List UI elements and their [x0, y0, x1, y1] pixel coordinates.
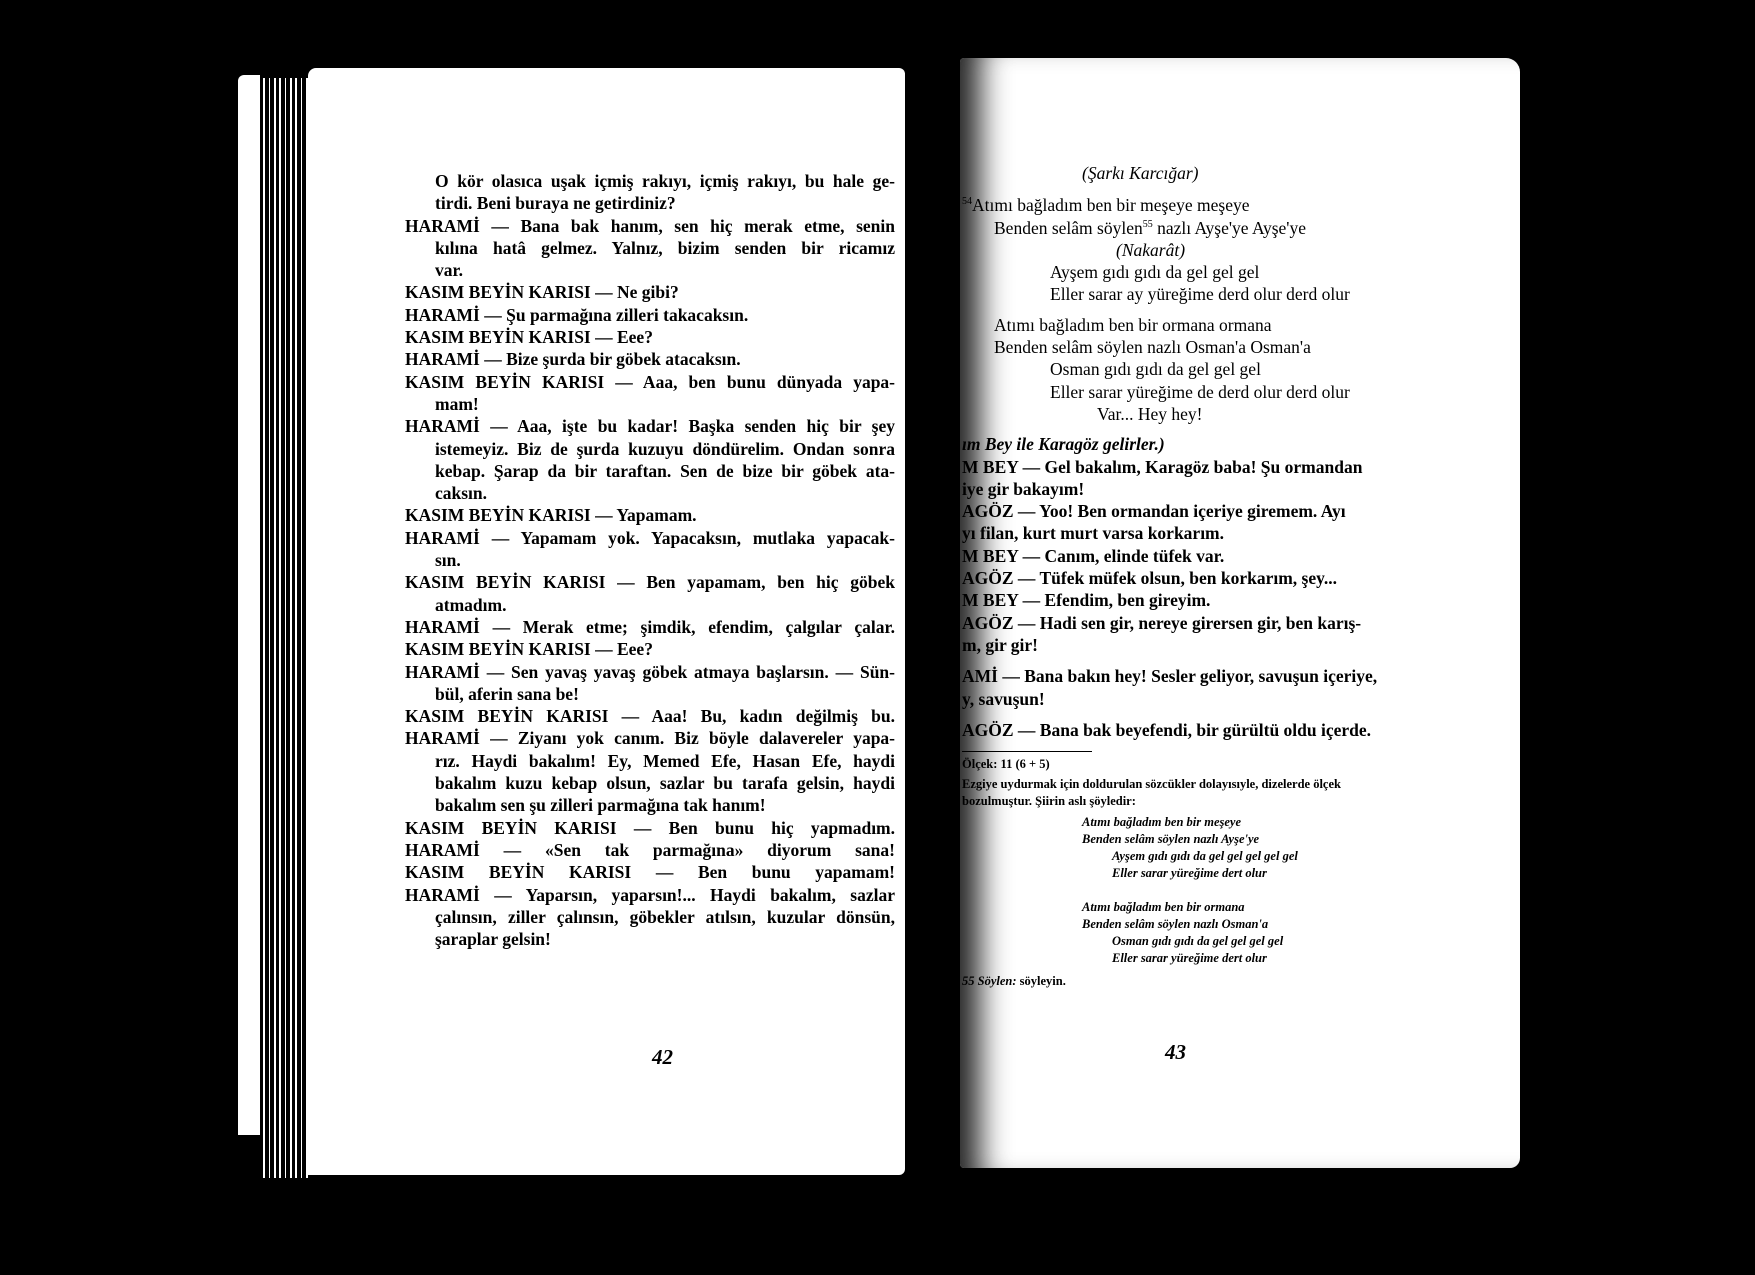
speaker-name: AGÖZ [962, 720, 1014, 740]
speaker-name: M BEY [962, 590, 1018, 610]
dialogue-text: iye gir bakayım! [962, 479, 1084, 499]
original-poem-line: Atımı bağladım ben bir meşeye [1082, 814, 1414, 831]
dialogue-line: KASIM BEYİN KARISI — Ben yapamam, ben hi… [405, 571, 895, 593]
dialogue-text: — Gel bakalım, Karagöz baba! Şu ormandan [1018, 457, 1362, 477]
dialogue-text: — Ben bunu yapamam! [631, 862, 895, 882]
dialogue-line: HARAMİ — Bize şurda bir göbek atacaksın. [405, 348, 895, 370]
speaker-name: KASIM BEYİN KARISI [405, 372, 604, 392]
stanza1-line1: 54Atımı bağladım ben bir meşeye meşeye [962, 194, 1414, 216]
footnote-mark-55: 55 [1143, 219, 1153, 230]
book-page-edges [260, 78, 310, 1178]
stanza1-line3: Ayşem gıdı gıdı da gel gel gel [962, 261, 1414, 283]
speaker-name: KASIM BEYİN KARISI [405, 327, 591, 347]
dialogue-text: tirdi. Beni buraya ne getirdiniz? [435, 193, 676, 213]
dialogue-line: KASIM BEYİN KARISI — Ne gibi? [405, 281, 895, 303]
speaker-name: HARAMİ [405, 528, 480, 548]
original-poem-line: Eller sarar yüreğime dert olur [1082, 865, 1414, 882]
dialogue-line: KASIM BEYİN KARISI — Ben bunu yapamam! [405, 861, 895, 883]
dialogue-line: O kör olasıca uşak içmiş rakıyı, içmiş r… [405, 170, 895, 192]
dialogue-text: m, gir gir! [962, 635, 1038, 655]
dialogue-line: HARAMİ — Şu parmağına zilleri takacaksın… [405, 304, 895, 326]
dialogue-text: — Aaa, işte bu kadar! Başka senden hiç b… [480, 416, 895, 436]
footnote-divider [962, 751, 1092, 752]
verse-text: Atımı bağladım ben bir meşeye meşeye [972, 195, 1250, 215]
footnote-text: . Şiirin aslı şöyledir: [1029, 794, 1136, 808]
dialogue-line: KASIM BEYİN KARISI — Aaa! Bu, kadın deği… [405, 705, 895, 727]
dialogue-text: caksın. [435, 483, 487, 503]
speaker-name: HARAMİ [405, 216, 480, 236]
footnote-meter: Ölçek: 11 (6 + 5) [962, 756, 1414, 773]
dialogue-line: HARAMİ — Yapamam yok. Yapacaksın, mutlak… [405, 527, 895, 549]
dialogue-text: — Ziyanı yok canım. Biz böyle dalaverele… [480, 728, 895, 748]
dialogue-text: — Şu parmağına zilleri takacaksın. [480, 305, 748, 325]
dialogue-text: — Hadi sen gir, nereye girersen gir, ben… [1014, 613, 1362, 633]
book-page-edge-light [238, 75, 260, 1135]
dialogue-text: — Sen yavaş yavaş göbek atmaya başlarsın… [480, 662, 895, 682]
stanza1-line4: Eller sarar ay yüreğime derd olur derd o… [962, 283, 1414, 305]
speaker-name: HARAMİ [405, 349, 480, 369]
dialogue-text: — Yapamam yok. Yapacaksın, mutlaka yapac… [480, 528, 895, 548]
dialogue-line: HARAMİ — «Sen tak parmağına» diyorum san… [405, 839, 895, 861]
original-poem-line [1082, 882, 1414, 899]
dialogue-line: HARAMİ — Aaa, işte bu kadar! Başka sende… [405, 415, 895, 437]
speaker-name: M BEY [962, 457, 1018, 477]
dialogue-line: AMİ — Bana bakın hey! Sesler geliyor, sa… [962, 665, 1414, 687]
dialogue-text: — Canım, elinde tüfek var. [1018, 546, 1224, 566]
dialogue-line: KASIM BEYİN KARISI — Aaa, ben bunu dünya… [405, 371, 895, 393]
dialogue-line: atmadım. [405, 594, 895, 616]
refrain-label: (Nakarât) [962, 239, 1414, 261]
dialogue-text: — «Sen tak parmağına» diyorum sana! [480, 840, 895, 860]
dialogue-line: kılına hatâ gelmez. Yalnız, bizim senden… [405, 237, 895, 259]
footnote-text: söyleyin. [1017, 974, 1066, 988]
dialogue-text: çalınsın, ziller çalınsın, göbekler atıl… [435, 907, 895, 927]
dialogue-line: KASIM BEYİN KARISI — Eee? [405, 326, 895, 348]
dialogue-line: tirdi. Beni buraya ne getirdiniz? [405, 192, 895, 214]
dialogue-text: — Aaa! Bu, kadın değilmiş bu. [608, 706, 895, 726]
speaker-name: M BEY [962, 546, 1018, 566]
dialogue-line: HARAMİ — Merak etme; şimdik, efendim, ça… [405, 616, 895, 638]
dialogue-line: HARAMİ — Yaparsın, yaparsın!... Haydi ba… [405, 884, 895, 906]
speaker-name: HARAMİ [405, 305, 480, 325]
original-poem: Atımı bağladım ben bir meşeyeBenden selâ… [962, 814, 1414, 967]
original-poem-line: Benden selâm söylen nazlı Ayşe'ye [1082, 831, 1414, 848]
dialogue-text: yı filan, kurt murt varsa korkarım. [962, 523, 1224, 543]
dialogue-text: — Bize şurda bir göbek atacaksın. [480, 349, 741, 369]
stanza2-line5: Var... Hey hey! [962, 403, 1414, 425]
dialogue-line: AGÖZ — Yoo! Ben ormandan içeriye giremem… [962, 500, 1414, 522]
stanza2-line3: Osman gıdı gıdı da gel gel gel [962, 358, 1414, 380]
dialogue-line: istemeyiz. Biz de şurda kuzuyu döndüreli… [405, 438, 895, 460]
footnote-54-line2: bozulmuştur. Şiirin aslı şöyledir: [962, 793, 1414, 810]
verse-text: nazlı Ayşe'ye Ayşe'ye [1153, 218, 1306, 238]
speaker-name: KASIM BEYİN KARISI [405, 706, 608, 726]
dialogue-text: — Bana bak beyefendi, bir gürültü oldu i… [1014, 720, 1372, 740]
dialogue-text: rız. Haydi bakalım! Ey, Memed Efe, Hasan… [435, 751, 895, 771]
verse-text: Benden selâm söylen [994, 218, 1143, 238]
speaker-name: AMİ [962, 666, 998, 686]
speaker-name: HARAMİ [405, 617, 480, 637]
stanza2-line1: Atımı bağladım ben bir ormana ormana [962, 314, 1414, 336]
dialogue-line: KASIM BEYİN KARISI — Eee? [405, 638, 895, 660]
dialogue-line: çalınsın, ziller çalınsın, göbekler atıl… [405, 906, 895, 928]
dialogue-line: AGÖZ — Tüfek müfek olsun, ben korkarım, … [962, 567, 1414, 589]
speaker-name: KASIM BEYİN KARISI [405, 862, 631, 882]
dialogue-line: rız. Haydi bakalım! Ey, Memed Efe, Hasan… [405, 750, 895, 772]
dialogue-text: — Ben bunu hiç yapmadım. [617, 818, 895, 838]
dialogue-text: — Bana bakın hey! Sesler geliyor, savuşu… [998, 666, 1377, 686]
dialogue-line: m, gir gir! [962, 634, 1414, 656]
stanza2-line2: Benden selâm söylen nazlı Osman'a Osman'… [962, 336, 1414, 358]
dialogue-line: KASIM BEYİN KARISI — Yapamam. [405, 504, 895, 526]
dialogue-text: O kör olasıca uşak içmiş rakıyı, içmiş r… [435, 171, 895, 191]
stage-direction: ım Bey ile Karagöz gelirler.) [962, 433, 1414, 455]
dialogue-text: kılına hatâ gelmez. Yalnız, bizim senden… [435, 238, 895, 258]
dialogue-line: var. [405, 259, 895, 281]
stanza2-line4: Eller sarar yüreğime de derd olur derd o… [962, 381, 1414, 403]
dialogue-text: — Eee? [591, 639, 653, 659]
dialogue-text: var. [435, 260, 463, 280]
dialogue-line: M BEY — Efendim, ben gireyim. [962, 589, 1414, 611]
speaker-name: KASIM BEYİN KARISI [405, 818, 617, 838]
dialogue-line: kebap. Şarap da bir taraftan. Sen de biz… [405, 460, 895, 482]
page-number-left: 42 [652, 1045, 673, 1070]
dialogue-text: — Tüfek müfek olsun, ben korkarım, şey..… [1014, 568, 1337, 588]
dialogue-line: iye gir bakayım! [962, 478, 1414, 500]
dialogue-line: AGÖZ — Bana bak beyefendi, bir gürültü o… [962, 719, 1414, 741]
speaker-name: HARAMİ [405, 416, 480, 436]
original-poem-line: Eller sarar yüreğime dert olur [1082, 950, 1414, 967]
dialogue-text: bakalım sen şu zilleri parmağına tak han… [435, 795, 766, 815]
right-page-content: (Şarkı Karcığar) 54Atımı bağladım ben bi… [962, 162, 1414, 990]
footnote-mark-54: 54 [962, 196, 972, 207]
page-number-right: 43 [1165, 1040, 1186, 1065]
dialogue-line: M BEY — Canım, elinde tüfek var. [962, 545, 1414, 567]
footnote-55: 55 Söylen: söyleyin. [962, 973, 1414, 990]
dialogue-text: — Ne gibi? [591, 282, 679, 302]
dialogue-line: şaraplar gelsin! [405, 928, 895, 950]
dialogue-line: bakalım kuzu kebap olsun, sazlar bu tara… [405, 772, 895, 794]
speaker-name: KASIM BEYİN KARISI [405, 505, 591, 525]
dialogue-line: KASIM BEYİN KARISI — Ben bunu hiç yapmad… [405, 817, 895, 839]
footnote-text: uydurmak için doldurulan sözcükler dolay… [997, 777, 1341, 791]
original-poem-line: Benden selâm söylen nazlı Osman'a [1082, 916, 1414, 933]
dialogue-text: bül, aferin sana be! [435, 684, 579, 704]
dialogue-text: y, savuşun! [962, 689, 1045, 709]
speaker-name: HARAMİ [405, 885, 480, 905]
footnote-label: 55 Söylen: [962, 974, 1017, 988]
dialogue-line: HARAMİ — Sen yavaş yavaş göbek atmaya ba… [405, 661, 895, 683]
dialogue-text: sın. [435, 550, 461, 570]
speaker-name: KASIM BEYİN KARISI [405, 639, 591, 659]
dialogue-line: yı filan, kurt murt varsa korkarım. [962, 522, 1414, 544]
right-page-dialogue: M BEY — Gel bakalım, Karagöz baba! Şu or… [962, 456, 1414, 742]
dialogue-text: — Efendim, ben gireyim. [1018, 590, 1210, 610]
original-poem-line: Osman gıdı gıdı da gel gel gel gel [1082, 933, 1414, 950]
speaker-name: HARAMİ [405, 662, 480, 682]
footnote-bold: Ezgiye [962, 777, 997, 791]
footnote-bold: bozulmuştur [962, 794, 1029, 808]
dialogue-line: caksın. [405, 482, 895, 504]
dialogue-line: HARAMİ — Ziyanı yok canım. Biz böyle dal… [405, 727, 895, 749]
song-title: (Şarkı Karcığar) [962, 162, 1414, 184]
speaker-name: AGÖZ [962, 613, 1014, 633]
dialogue-text: — Yapamam. [591, 505, 697, 525]
dialogue-text: bakalım kuzu kebap olsun, sazlar bu tara… [435, 773, 895, 793]
dialogue-text: atmadım. [435, 595, 506, 615]
dialogue-line: sın. [405, 549, 895, 571]
left-page-dialogue: O kör olasıca uşak içmiş rakıyı, içmiş r… [405, 170, 895, 950]
speaker-name: KASIM BEYİN KARISI [405, 572, 605, 592]
dialogue-line: y, savuşun! [962, 688, 1414, 710]
stanza1-line2: Benden selâm söylen55 nazlı Ayşe'ye Ayşe… [962, 217, 1414, 239]
speaker-name: HARAMİ [405, 728, 480, 748]
dialogue-line: HARAMİ — Bana bak hanım, sen hiç merak e… [405, 215, 895, 237]
dialogue-line: AGÖZ — Hadi sen gir, nereye girersen gir… [962, 612, 1414, 634]
dialogue-text: — Aaa, ben bunu dünyada yapa- [604, 372, 895, 392]
speaker-name: AGÖZ [962, 501, 1014, 521]
dialogue-text: — Eee? [591, 327, 653, 347]
speaker-name: KASIM BEYİN KARISI [405, 282, 591, 302]
dialogue-line: bakalım sen şu zilleri parmağına tak han… [405, 794, 895, 816]
original-poem-line: Ayşem gıdı gıdı da gel gel gel gel gel [1082, 848, 1414, 865]
dialogue-text: kebap. Şarap da bir taraftan. Sen de biz… [435, 461, 895, 481]
speaker-name: HARAMİ [405, 840, 480, 860]
dialogue-line: bül, aferin sana be! [405, 683, 895, 705]
dialogue-text: istemeyiz. Biz de şurda kuzuyu döndüreli… [435, 439, 895, 459]
dialogue-text: mam! [435, 394, 479, 414]
dialogue-text: — Bana bak hanım, sen hiç merak etme, se… [480, 216, 895, 236]
original-poem-line: Atımı bağladım ben bir ormana [1082, 899, 1414, 916]
dialogue-line: M BEY — Gel bakalım, Karagöz baba! Şu or… [962, 456, 1414, 478]
dialogue-text: şaraplar gelsin! [435, 929, 551, 949]
speaker-name: AGÖZ [962, 568, 1014, 588]
footnote-54-line1: Ezgiye uydurmak için doldurulan sözcükle… [962, 776, 1414, 793]
dialogue-text: — Yoo! Ben ormandan içeriye giremem. Ayı [1014, 501, 1346, 521]
dialogue-text: — Ben yapamam, ben hiç göbek [605, 572, 895, 592]
dialogue-text: — Merak etme; şimdik, efendim, çalgılar … [480, 617, 895, 637]
dialogue-line: mam! [405, 393, 895, 415]
dialogue-text: — Yaparsın, yaparsın!... Haydi bakalım, … [480, 885, 895, 905]
